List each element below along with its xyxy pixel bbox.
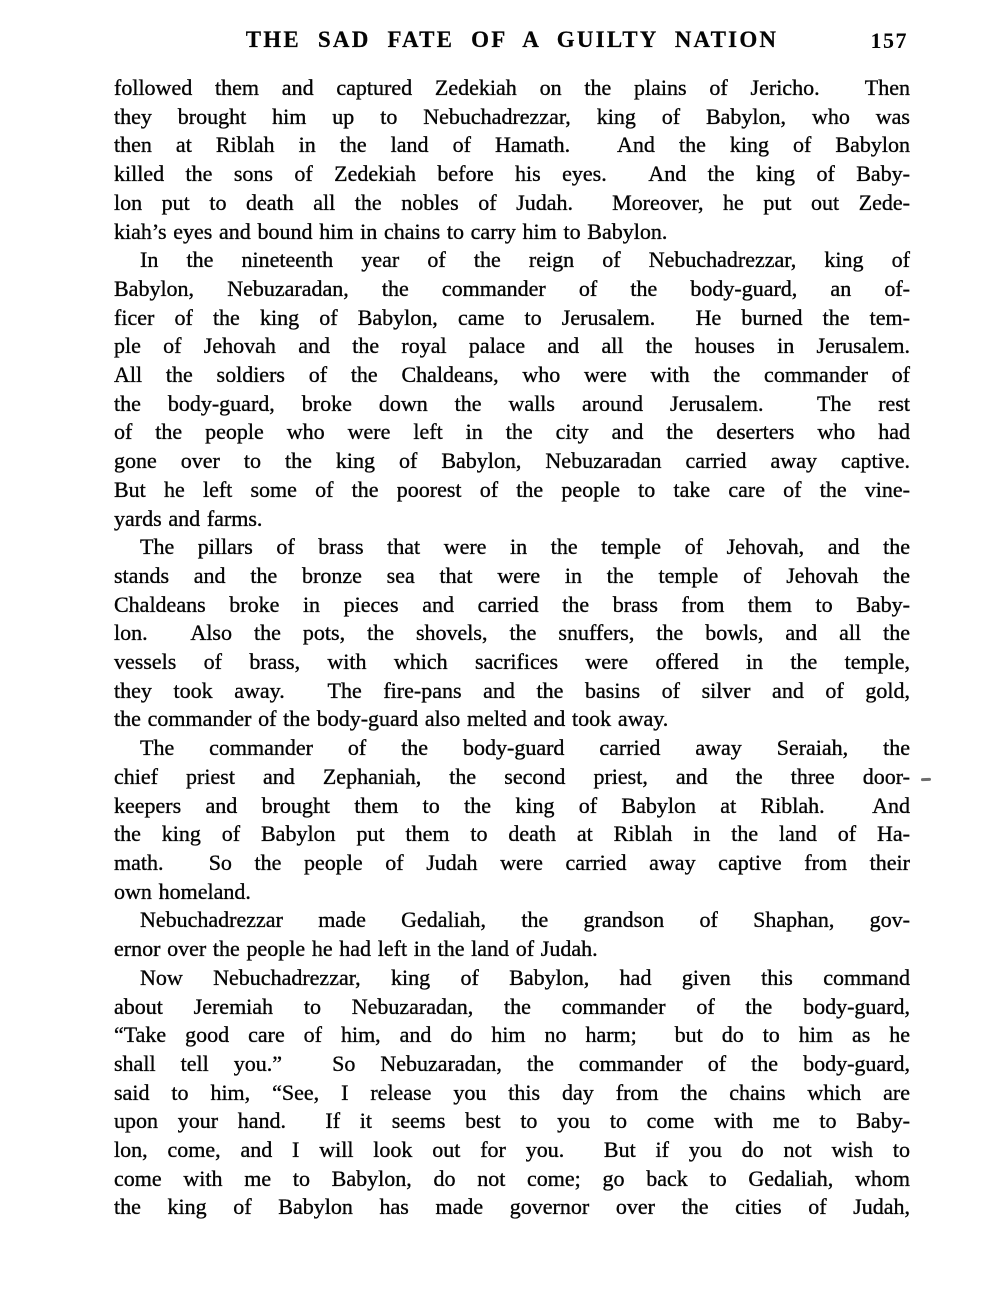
book-page: THE SAD FATE OF A GUILTY NATION 157 foll… <box>0 0 1000 1305</box>
paragraph: Now Nebuchadrezzar, king of Babylon, had… <box>114 964 910 1222</box>
text-line: lon, come, and I will look out for you. … <box>114 1136 910 1165</box>
text-line: The commander of the body-guard carried … <box>114 734 910 763</box>
text-line: gone over to the king of Babylon, Nebuza… <box>114 447 910 476</box>
text-line: ple of Jehovah and the royal palace and … <box>114 332 910 361</box>
text-line: the body-guard, broke down the walls aro… <box>114 390 910 419</box>
paragraph: The pillars of brass that were in the te… <box>114 533 910 734</box>
text-line: the king of Babylon has made governor ov… <box>114 1193 910 1222</box>
text-line: said to him, “See, I release you this da… <box>114 1079 910 1108</box>
paragraph: In the nineteenth year of the reign of N… <box>114 246 910 533</box>
text-line: stands and the bronze sea that were in t… <box>114 562 910 591</box>
text-line: All the soldiers of the Chaldeans, who w… <box>114 361 910 390</box>
text-line: Nebuchadrezzar made Gedaliah, the grands… <box>114 906 910 935</box>
text-line: ficer of the king of Babylon, came to Je… <box>114 304 910 333</box>
text-line: upon your hand. If it seems best to you … <box>114 1107 910 1136</box>
text-line: kiah’s eyes and bound him in chains to c… <box>114 218 910 247</box>
text-line: But he left some of the poorest of the p… <box>114 476 910 505</box>
body-text: followed them and captured Zedekiah on t… <box>114 74 910 1222</box>
text-line: own homeland. <box>114 878 910 907</box>
page-header: THE SAD FATE OF A GUILTY NATION 157 <box>114 27 910 59</box>
text-line: lon. Also the pots, the shovels, the snu… <box>114 619 910 648</box>
running-title: THE SAD FATE OF A GUILTY NATION <box>114 27 910 53</box>
paragraph: followed them and captured Zedekiah on t… <box>114 74 910 246</box>
text-line: of the people who were left in the city … <box>114 418 910 447</box>
text-line: killed the sons of Zedekiah before his e… <box>114 160 910 189</box>
text-line: then at Riblah in the land of Hamath. An… <box>114 131 910 160</box>
page-number: 157 <box>871 28 909 54</box>
text-line: Chaldeans broke in pieces and carried th… <box>114 591 910 620</box>
text-line: they took away. The fire-pans and the ba… <box>114 677 910 706</box>
text-line: shall tell you.” So Nebuzaradan, the com… <box>114 1050 910 1079</box>
text-line: The pillars of brass that were in the te… <box>114 533 910 562</box>
text-line: the king of Babylon put them to death at… <box>114 820 910 849</box>
text-line: ernor over the people he had left in the… <box>114 935 910 964</box>
text-line: vessels of brass, with which sacrifices … <box>114 648 910 677</box>
scan-speck-artifact <box>921 778 931 782</box>
text-line: Now Nebuchadrezzar, king of Babylon, had… <box>114 964 910 993</box>
paragraph: The commander of the body-guard carried … <box>114 734 910 906</box>
text-line: math. So the people of Judah were carrie… <box>114 849 910 878</box>
text-line: yards and farms. <box>114 505 910 534</box>
text-line: “Take good care of him, and do him no ha… <box>114 1021 910 1050</box>
text-line: Babylon, Nebuzaradan, the commander of t… <box>114 275 910 304</box>
text-line: the commander of the body-guard also mel… <box>114 705 910 734</box>
text-line: come with me to Babylon, do not come; go… <box>114 1165 910 1194</box>
text-line: chief priest and Zephaniah, the second p… <box>114 763 910 792</box>
text-line: lon put to death all the nobles of Judah… <box>114 189 910 218</box>
text-line: followed them and captured Zedekiah on t… <box>114 74 910 103</box>
text-line: they brought him up to Nebuchadrezzar, k… <box>114 103 910 132</box>
paragraph: Nebuchadrezzar made Gedaliah, the grands… <box>114 906 910 963</box>
text-line: keepers and brought them to the king of … <box>114 792 910 821</box>
text-line: about Jeremiah to Nebuzaradan, the comma… <box>114 993 910 1022</box>
text-line: In the nineteenth year of the reign of N… <box>114 246 910 275</box>
